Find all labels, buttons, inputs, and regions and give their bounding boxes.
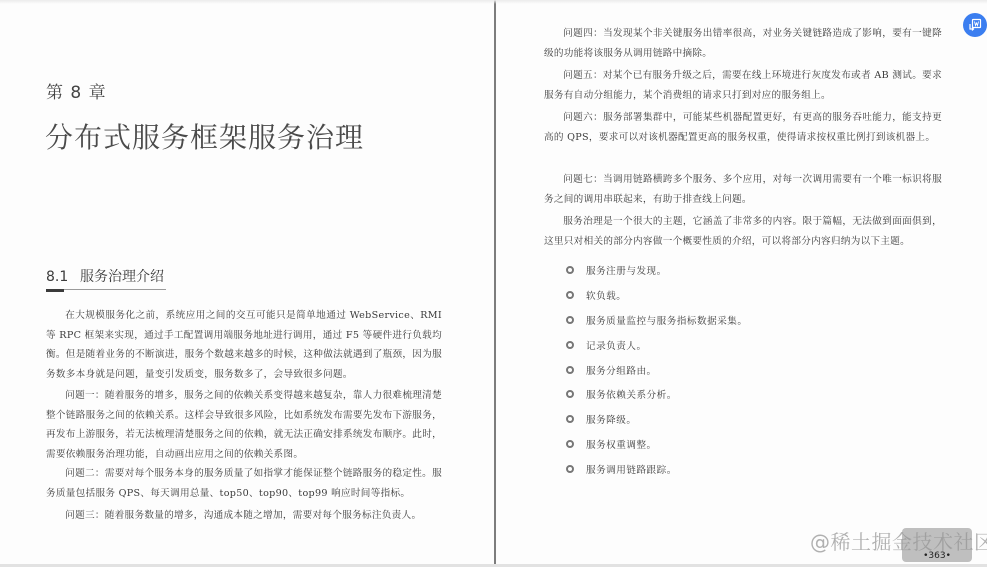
page-gutter — [494, 0, 496, 567]
problem-2-paragraph: 问题二：需要对每个服务本身的服务质量了如指掌才能保证整个链路服务的稳定性。服务质… — [46, 464, 442, 503]
section-underline-accent — [46, 289, 64, 292]
summary-paragraph: 服务治理是一个很大的主题，它涵盖了非常多的内容。限于篇幅，无法做到面面俱到，这里… — [544, 212, 942, 251]
list-item: 服务权重调整。 — [566, 432, 748, 457]
problem-5-paragraph: 问题五：对某个已有服务升级之后，需要在线上环境进行灰度发布或者 AB 测试。要求… — [544, 66, 942, 105]
translate-icon — [968, 18, 982, 32]
translate-button[interactable] — [963, 13, 987, 37]
circle-bullet-icon — [566, 415, 574, 423]
page-number: •363• — [912, 551, 962, 561]
problem-1-paragraph: 问题一：随着服务的增多，服务之间的依赖关系变得越来越复杂，靠人力很难梳理清楚整个… — [46, 386, 442, 464]
list-item: 服务依赖关系分析。 — [566, 382, 748, 407]
topic-list: 服务注册与发现。 软负载。 服务质量监控与服务指标数据采集。 记录负责人。 服务… — [566, 258, 748, 481]
circle-bullet-icon — [566, 341, 574, 349]
chapter-label: 第 8 章 — [46, 78, 107, 103]
circle-bullet-icon — [566, 440, 574, 448]
problem-7-paragraph: 问题七：当调用链路横跨多个服务、多个应用，对每一次调用需要有一个唯一标识将服务之… — [544, 170, 942, 209]
intro-paragraph: 在大规模服务化之前，系统应用之间的交互可能只是简单地通过 WebService、… — [46, 306, 442, 384]
section-number: 8.1 — [46, 269, 80, 285]
circle-bullet-icon — [566, 316, 574, 324]
book-spread: 第 8 章 分布式服务框架服务治理 8.1服务治理介绍 在大规模服务化之前，系统… — [0, 0, 987, 567]
problem-3-paragraph: 问题三：随着服务数量的增多，沟通成本随之增加，需要对每个服务标注负责人。 — [46, 506, 442, 526]
list-item: 软负载。 — [566, 283, 748, 308]
chapter-title: 分布式服务框架服务治理 — [45, 116, 364, 156]
circle-bullet-icon — [566, 266, 574, 274]
circle-bullet-icon — [566, 291, 574, 299]
list-item: 服务分组路由。 — [566, 357, 748, 382]
list-item: 服务调用链路跟踪。 — [566, 456, 748, 481]
circle-bullet-icon — [566, 366, 574, 374]
list-item: 服务降级。 — [566, 407, 748, 432]
section-heading: 8.1服务治理介绍 — [46, 266, 166, 290]
problem-4-paragraph: 问题四：当发现某个非关键服务出错率很高，对业务关键链路造成了影响，要有一键降级的… — [544, 24, 942, 63]
section-title: 服务治理介绍 — [80, 269, 164, 285]
problem-6-paragraph: 问题六：服务部署集群中，可能某些机器配置更好，有更高的服务吞吐能力，能支持更高的… — [544, 108, 942, 147]
left-page: 第 8 章 分布式服务框架服务治理 8.1服务治理介绍 在大规模服务化之前，系统… — [0, 0, 495, 567]
list-item: 记录负责人。 — [566, 332, 748, 357]
list-item: 服务注册与发现。 — [566, 258, 748, 283]
circle-bullet-icon — [566, 465, 574, 473]
top-shadow — [0, 0, 987, 4]
circle-bullet-icon — [566, 390, 574, 398]
list-item: 服务质量监控与服务指标数据采集。 — [566, 308, 748, 333]
